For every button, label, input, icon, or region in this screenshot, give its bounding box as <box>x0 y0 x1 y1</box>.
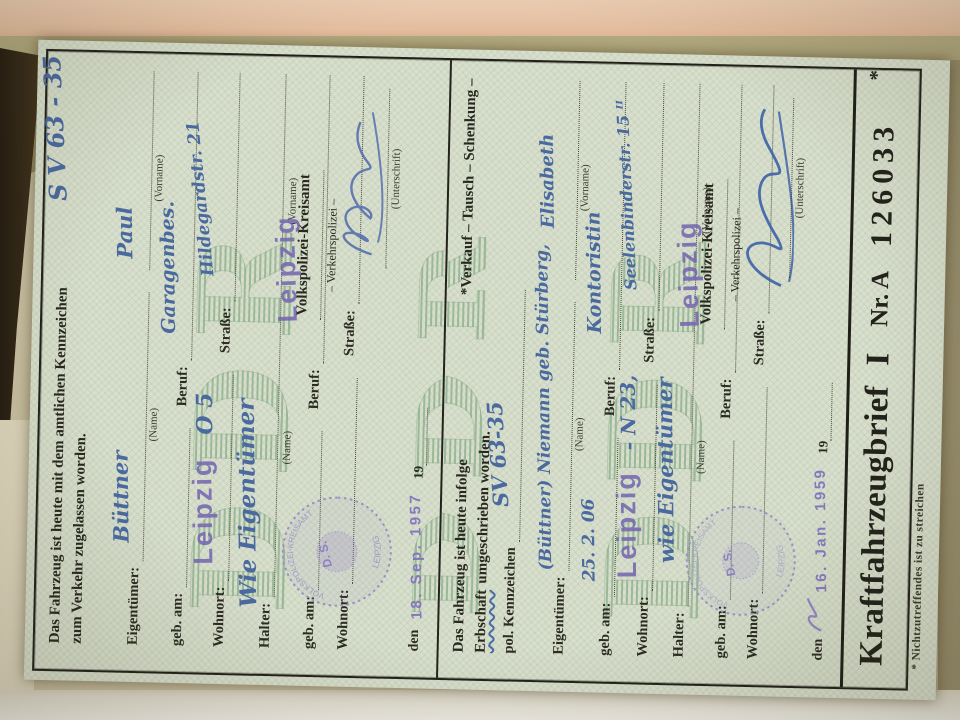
signature-area: (Unterschrift) <box>779 98 808 279</box>
document-part: I <box>860 352 897 366</box>
owner-label: Eigentümer: <box>125 567 144 645</box>
vorname-sublabel: (Vorname) <box>153 155 166 202</box>
title-band: Kraftfahrzeugbrief I Nr. A 126033 * <box>840 69 914 688</box>
birthdate-ink: 25. 2. 06 <box>579 498 600 581</box>
date-prefix: den <box>407 629 423 651</box>
signature-area: (Unterschrift) <box>375 88 404 269</box>
name-sublabel: (Name) <box>573 417 586 451</box>
name-sublabel: (Name) <box>695 440 708 474</box>
vorname-sublabel: (Vorname) <box>579 164 592 211</box>
year-print: 19 <box>815 441 831 454</box>
leipzig-authority-stamp: Leipzig <box>270 215 304 323</box>
date-prefix: den <box>810 639 826 661</box>
keeper-ink: Wie Eigentümer <box>233 398 263 607</box>
owner-name-ink: Büttner <box>107 450 133 542</box>
footnote-asterisk: * <box>865 70 890 81</box>
serial-label: Nr. A <box>866 270 895 327</box>
owner-name-ink: (Büttner) Niemann geb. Stürberg, <box>532 244 556 571</box>
kraftfahrzeugbrief-document: DDR DDR Das Fahrzeug ist heute mit dem a… <box>24 40 950 701</box>
transfer-section: DDR DDR Das Fahrzeug ist heute infolge *… <box>438 60 854 687</box>
date-stamp: 18. Sep. 1957 <box>407 493 426 620</box>
keeper-ink: wie Eigentümer <box>652 377 679 563</box>
official-seal: VOLKSPOLIZEI-KREISAMT LEIPZIG D. S. <box>681 502 800 621</box>
leipzig-authority-stamp: Leipzig <box>672 220 706 328</box>
document-title: Kraftfahrzeugbrief <box>853 385 896 666</box>
serial-number: 126033 <box>864 120 901 247</box>
photo-background-top <box>0 0 960 42</box>
profession-ink: Garagenbes. <box>156 201 180 334</box>
profession-ink: Kontoristin <box>582 212 605 334</box>
plate-label: pol. Kennzeichen <box>501 547 520 654</box>
official-seal: VOLKSPOLIZEI-KREISAMT LEIPZIG D. S. <box>278 492 397 611</box>
document-frame: DDR DDR Das Fahrzeug ist heute mit dem a… <box>32 49 922 691</box>
residence-district-ink: - N 23, <box>616 375 641 451</box>
transfer-reason-marked: Erbschaft <box>473 589 491 653</box>
leipzig-residence-stamp: Leipzig <box>611 471 643 578</box>
owner-firstname-ink: Elisabeth <box>537 134 559 229</box>
date-stamp: 16. Jan. 1959 <box>812 468 831 593</box>
registration-section: DDR DDR Das Fahrzeug ist heute mit dem a… <box>34 51 450 678</box>
name-sublabel: (Name) <box>281 431 294 465</box>
ink-scribble <box>801 594 828 635</box>
owner-firstname-ink: Paul <box>112 206 138 258</box>
footnote: * Nichtzutreffendes ist zu streichen <box>910 483 926 670</box>
residence-district-ink: O 5 <box>192 392 219 434</box>
name-sublabel: (Name) <box>147 408 160 442</box>
year-print: 19 <box>411 466 427 479</box>
leipzig-residence-stamp: Leipzig <box>187 457 219 564</box>
